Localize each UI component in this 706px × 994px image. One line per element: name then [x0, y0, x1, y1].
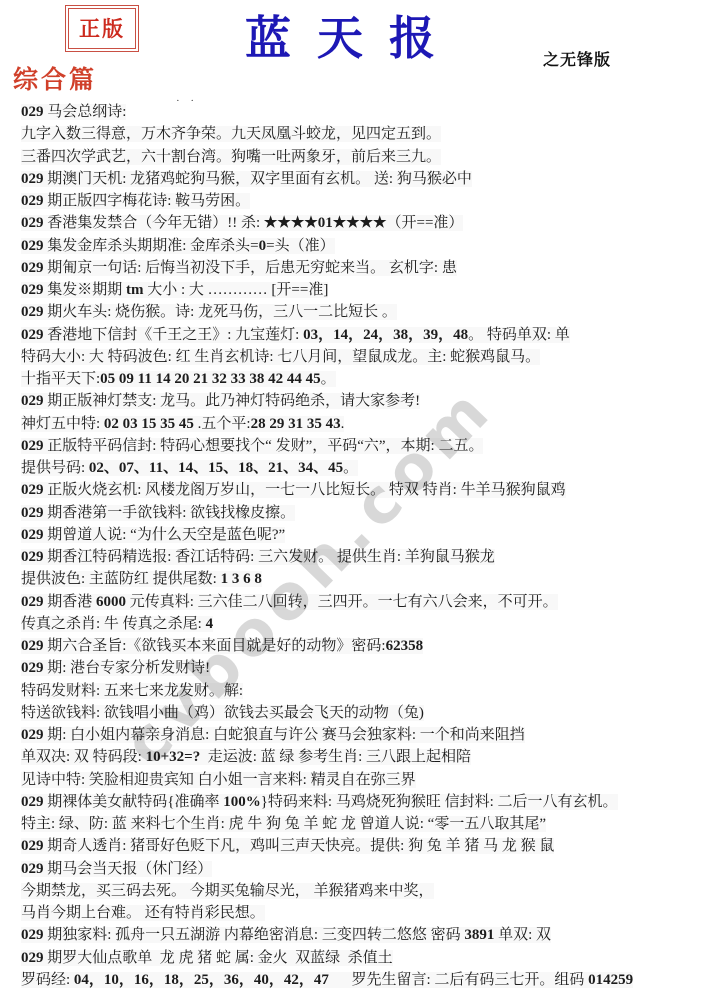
- text-segment: 029: [21, 193, 44, 209]
- text-segment: 029: [21, 638, 44, 654]
- text-segment: 神灯五中特:: [21, 416, 104, 432]
- text-segment: 罗先生留言: 二后有码三七开。组码: [329, 972, 588, 988]
- text-line: 029 期马会当天报（休门经）: [21, 858, 702, 880]
- text-segment: 期正版神灯禁支: 龙马。此乃神灯特码绝杀，请大家参考!: [44, 393, 421, 409]
- text-segment: 大小 : 大 ………… [开==准]: [144, 282, 329, 298]
- text-segment: 期裸体美女献特码{准确率: [44, 794, 224, 810]
- text-segment: 029: [21, 260, 44, 276]
- text-segment: 6000: [96, 594, 126, 610]
- text-segment: 元传真料: 三六佳二八回转，三四开。一七有六八会来，不可开。: [126, 594, 558, 610]
- text-line: 罗码经: 04，10，16，18，25，36，40，42，47 罗先生留言: 二…: [21, 969, 702, 991]
- text-segment: 。: [321, 371, 336, 387]
- text-line: 029 期曾道人说: “为什么天空是蓝色呢?”: [21, 524, 702, 546]
- text-segment: 期澳门天机: 龙猪鸡蛇狗马猴，双字里面有玄机。 送: 狗马猴必中: [44, 171, 472, 187]
- text-segment: 期火车头: 烧伤猴。诗: 龙死马伤，三八一二比短长 。: [44, 304, 397, 320]
- content-lines: 029 马会总纲诗:九字入数三得意，万木齐争荣。九天凤凰斗蛟龙，见四定五到。三番…: [21, 101, 702, 991]
- text-line: 029 期正版四字梅花诗: 鞍马劳困。: [21, 190, 702, 212]
- text-segment: 029: [21, 282, 44, 298]
- text-segment: 05 09 11 14 20 21 32 33 38 42 44 45: [100, 371, 320, 387]
- text-line: 三番四次学武艺，六十割台湾。狗嘴一吐两象牙，前后来三九。: [21, 146, 702, 168]
- text-segment: 集发※期期: [44, 282, 127, 298]
- text-line: 马肖今期上台难。 还有特肖彩民想。: [21, 902, 702, 924]
- text-segment: }特码来料: 马鸡烧死狗猴旺 信封料: 二后一八有玄机。: [261, 794, 618, 810]
- text-segment: 传真之杀肖: 牛 传真之杀尾:: [21, 616, 206, 632]
- text-segment: 期香港: [44, 594, 97, 610]
- text-segment: 期匍京一句话: 后悔当初没下手，后患无穷蛇来当。 玄机字: 患: [44, 260, 457, 276]
- text-line: 029 马会总纲诗:: [21, 101, 702, 123]
- text-segment: 提供波色: 主蓝防红 提供尾数:: [21, 571, 221, 587]
- text-segment: 正版特平码信封: 特码心想要找个“ 发财”，平码“六”，本期: 二五。: [44, 438, 484, 454]
- text-segment: 十指平天下:: [21, 371, 100, 387]
- text-line: 见诗中特: 笑脸相迎贵宾知 白小姐一言来料: 精灵自在弥三界: [21, 769, 702, 791]
- text-segment: 期曾道人说: “为什么天空是蓝色呢?”: [44, 527, 286, 543]
- text-segment: 28 29 31 35 43: [251, 416, 341, 432]
- text-segment: 特送欲钱料: 欲钱唱小曲（鸡）欲钱去买最会飞天的动物（兔): [21, 705, 424, 721]
- text-line: 特码大小: 大 特码波色: 红 生肖玄机诗: 七八月间，望鼠成龙。主: 蛇猴鸡鼠…: [21, 346, 702, 368]
- text-segment: 期正版四字梅花诗: 鞍马劳困。: [44, 193, 251, 209]
- text-segment: 029: [21, 950, 44, 966]
- text-segment: 期: 港台专家分析发财诗!: [44, 660, 211, 676]
- text-segment: 02、07、11、14、15、18、21、34、45: [89, 460, 343, 476]
- text-segment: 03，14，24，38，39，48: [303, 327, 468, 343]
- text-segment: 马肖今期上台难。 还有特肖彩民想。: [21, 905, 265, 921]
- text-segment: 029: [21, 549, 44, 565]
- text-line: 029 期澳门天机: 龙猪鸡蛇狗马猴，双字里面有玄机。 送: 狗马猴必中: [21, 168, 702, 190]
- text-line: 029 香港集发禁合（今年无错）!! 杀: ★★★★01★★★★（开==准）: [21, 212, 702, 234]
- text-segment: 期香港第一手欲钱料: 欲钱找橡皮擦。: [44, 505, 296, 521]
- text-line: 029 期: 港台专家分析发财诗!: [21, 657, 702, 679]
- text-line: 029 期奇人透肖: 猪哥好色贬下凡，鸡叫三声天快亮。提供: 狗 兔 羊 猪 马…: [21, 835, 702, 857]
- text-segment: 今期禁龙，买三码去死。 今期买兔输尽光， 羊猴猪鸡来中奖，: [21, 883, 434, 899]
- text-segment: 04，10，16，18，25，36，40，42，47: [74, 972, 329, 988]
- text-segment: 特码大小: 大 特码波色: 红 生肖玄机诗: 七八月间，望鼠成龙。主: 蛇猴鸡鼠…: [21, 349, 540, 365]
- text-line: 029 集发※期期 tm 大小 : 大 ………… [开==准]: [21, 279, 702, 301]
- text-line: 提供波色: 主蓝防红 提供尾数: 1 3 6 8: [21, 568, 702, 590]
- text-line: 029 期裸体美女献特码{准确率 100%}特码来料: 马鸡烧死狗猴旺 信封料:…: [21, 791, 702, 813]
- text-segment: 029: [21, 104, 44, 120]
- text-segment: =头（准）: [266, 238, 334, 254]
- text-line: 今期禁龙，买三码去死。 今期买兔输尽光， 羊猴猪鸡来中奖，: [21, 880, 702, 902]
- text-segment: 单双决: 双 特码段:: [21, 749, 146, 765]
- text-segment: 见诗中特: 笑脸相迎贵宾知 白小姐一言来料: 精灵自在弥三界: [21, 772, 416, 788]
- text-line: 029 正版火烧玄机: 风楼龙阁万岁山，一七一八比短长。 特双 特肖: 牛羊马猴…: [21, 479, 702, 501]
- scanned-report-page: 正版 蓝天报 之无锋版 综合篇 · · cvbooh.com 029 马会总纲诗…: [0, 0, 706, 994]
- text-segment: 029: [21, 393, 44, 409]
- text-segment: .: [341, 416, 345, 432]
- text-segment: 期香江特码精选报: 香江话特码: 三六发财。 提供生肖: 羊狗鼠马猴龙: [44, 549, 495, 565]
- text-segment: 029: [21, 527, 44, 543]
- text-segment: 期: 白小姐内幕亲身消息: 白蛇狼直与许公 赛马会独家料: 一个和尚来阻挡: [44, 727, 525, 743]
- edition-label: 之无锋版: [543, 47, 611, 70]
- text-segment: 029: [21, 171, 44, 187]
- text-segment: 029: [21, 238, 44, 254]
- text-segment: 期罗大仙点歌单 龙 虎 猪 蛇 属: 金火 双蓝绿 杀值土: [44, 950, 393, 966]
- text-segment: 提供号码:: [21, 460, 89, 476]
- text-segment: 香港集发禁合（今年无错）!! 杀:: [44, 215, 264, 231]
- text-segment: 62358: [386, 638, 424, 654]
- text-line: 029 期独家料: 孤舟一只五湖游 内幕绝密消息: 三变四转二悠悠 密码 389…: [21, 924, 702, 946]
- text-segment: 。 特码单双: 单: [468, 327, 570, 343]
- text-segment: 014259: [588, 972, 633, 988]
- text-line: 029 期香江特码精选报: 香江话特码: 三六发财。 提供生肖: 羊狗鼠马猴龙: [21, 546, 702, 568]
- text-segment: 029: [21, 727, 44, 743]
- text-segment: 期独家料: 孤舟一只五湖游 内幕绝密消息: 三变四转二悠悠 密码: [44, 927, 465, 943]
- text-segment: .五个平:: [194, 416, 251, 432]
- text-line: 特送欲钱料: 欲钱唱小曲（鸡）欲钱去买最会飞天的动物（兔): [21, 702, 702, 724]
- text-segment: 4: [206, 616, 214, 632]
- text-segment: 。: [343, 460, 358, 476]
- text-line: 029 期: 白小姐内幕亲身消息: 白蛇狼直与许公 赛马会独家料: 一个和尚来阻…: [21, 724, 702, 746]
- text-segment: 029: [21, 927, 44, 943]
- text-line: 特码发财料: 五来七来龙发财。解:: [21, 680, 702, 702]
- text-segment: 马会总纲诗:: [44, 104, 127, 120]
- text-line: 029 期罗大仙点歌单 龙 虎 猪 蛇 属: 金火 双蓝绿 杀值土: [21, 947, 702, 969]
- text-segment: 期马会当天报（休门经）: [44, 861, 213, 877]
- text-segment: 029: [21, 438, 44, 454]
- text-line: 029 集发金库杀头期期准: 金库杀头=0=头（准）: [21, 235, 702, 257]
- text-segment: 029: [21, 861, 44, 877]
- text-segment: 029: [21, 215, 44, 231]
- text-line: 特主: 绿、防: 蓝 来料七个生肖: 虎 牛 狗 兔 羊 蛇 龙 曾道人说: “…: [21, 813, 702, 835]
- text-segment: 罗码经:: [21, 972, 74, 988]
- text-segment: ★★★★01★★★★: [264, 215, 387, 231]
- text-segment: 期奇人透肖: 猪哥好色贬下凡，鸡叫三声天快亮。提供: 狗 兔 羊 猪 马 龙 猴…: [44, 838, 555, 854]
- text-segment: 三番四次学武艺，六十割台湾。狗嘴一吐两象牙，前后来三九。: [21, 149, 441, 165]
- text-segment: 100%: [223, 794, 261, 810]
- text-segment: 单双: 双: [494, 927, 551, 943]
- text-line: 九字入数三得意，万木齐争荣。九天凤凰斗蛟龙，见四定五到。: [21, 123, 702, 145]
- text-segment: 走运波: 蓝 绿 参考生肖: 三八跟上起相陪: [200, 749, 471, 765]
- text-line: 单双决: 双 特码段: 10+32=? 走运波: 蓝 绿 参考生肖: 三八跟上起…: [21, 746, 702, 768]
- text-line: 029 期火车头: 烧伤猴。诗: 龙死马伤，三八一二比短长 。: [21, 301, 702, 323]
- text-segment: 九字入数三得意，万木齐争荣。九天凤凰斗蛟龙，见四定五到。: [21, 126, 441, 142]
- text-segment: 029: [21, 794, 44, 810]
- text-segment: 029: [21, 482, 44, 498]
- text-line: 神灯五中特: 02 03 15 35 45 .五个平:28 29 31 35 4…: [21, 413, 702, 435]
- text-line: 029 期六合圣旨:《欲钱买本来面目就是好的动物》密码:62358: [21, 635, 702, 657]
- text-segment: 集发金库杀头期期准: 金库杀头=: [44, 238, 259, 254]
- text-segment: 029: [21, 838, 44, 854]
- text-line: 029 香港地下信封《千王之王》: 九宝莲灯: 03，14，24，38，39，4…: [21, 324, 702, 346]
- text-segment: 期六合圣旨:《欲钱买本来面目就是好的动物》密码:: [44, 638, 386, 654]
- text-line: 提供号码: 02、07、11、14、15、18、21、34、45。: [21, 457, 702, 479]
- text-segment: 特码发财料: 五来七来龙发财。解:: [21, 683, 243, 699]
- text-segment: 3891: [464, 927, 494, 943]
- text-segment: 029: [21, 660, 44, 676]
- text-line: 029 期香港第一手欲钱料: 欲钱找橡皮擦。: [21, 502, 702, 524]
- text-segment: tm: [126, 282, 144, 298]
- text-segment: 029: [21, 304, 44, 320]
- text-segment: （开==准）: [387, 215, 464, 231]
- text-line: 029 正版特平码信封: 特码心想要找个“ 发财”，平码“六”，本期: 二五。: [21, 435, 702, 457]
- text-segment: 10+32=?: [146, 749, 201, 765]
- text-line: 029 期香港 6000 元传真料: 三六佳二八回转，三四开。一七有六八会来，不…: [21, 591, 702, 613]
- text-line: 029 期匍京一句话: 后悔当初没下手，后患无穷蛇来当。 玄机字: 患: [21, 257, 702, 279]
- text-segment: 029: [21, 327, 44, 343]
- text-segment: 特主: 绿、防: 蓝 来料七个生肖: 虎 牛 狗 兔 羊 蛇 龙 曾道人说: “…: [21, 816, 546, 832]
- text-segment: 1 3 6 8: [221, 571, 262, 587]
- text-line: 传真之杀肖: 牛 传真之杀尾: 4: [21, 613, 702, 635]
- section-title: 综合篇: [13, 60, 97, 96]
- text-line: 十指平天下:05 09 11 14 20 21 32 33 38 42 44 4…: [21, 368, 702, 390]
- text-segment: 正版火烧玄机: 风楼龙阁万岁山，一七一八比短长。 特双 特肖: 牛羊马猴狗鼠鸡: [44, 482, 566, 498]
- text-line: 029 期正版神灯禁支: 龙马。此乃神灯特码绝杀，请大家参考!: [21, 390, 702, 412]
- text-segment: 029: [21, 505, 44, 521]
- text-segment: 029: [21, 594, 44, 610]
- text-segment: 02 03 15 35 45: [104, 416, 194, 432]
- text-segment: 香港地下信封《千王之王》: 九宝莲灯:: [44, 327, 304, 343]
